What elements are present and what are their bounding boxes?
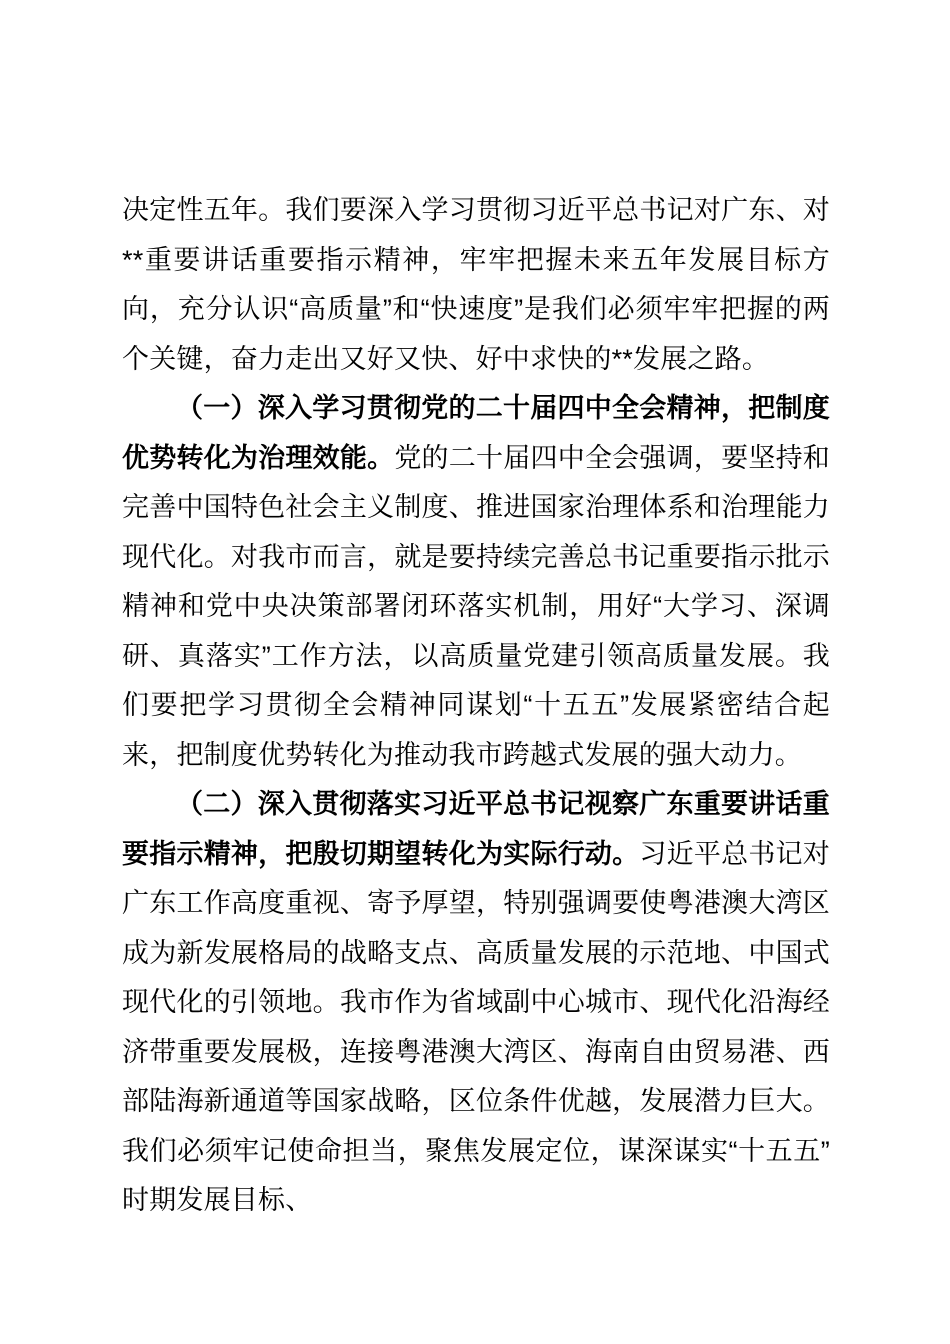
paragraph-continuation: 决定性五年。我们要深入学习贯彻习近平总书记对广东、对**重要讲话重要指示精神，牢… <box>122 186 830 384</box>
paragraph-text: 决定性五年。我们要深入学习贯彻习近平总书记对广东、对**重要讲话重要指示精神，牢… <box>122 195 830 374</box>
paragraph-text: 党的二十届四中全会强调，要坚持和完善中国特色社会主义制度、推进国家治理体系和治理… <box>122 443 830 770</box>
page-canvas: 决定性五年。我们要深入学习贯彻习近平总书记对广东、对**重要讲话重要指示精神，牢… <box>0 0 950 1344</box>
paragraph-text: 习近平总书记对广东工作高度重视、寄予厚望，特别强调要使粤港澳大湾区成为新发展格局… <box>122 839 830 1216</box>
document-text-block: 决定性五年。我们要深入学习贯彻习近平总书记对广东、对**重要讲话重要指示精神，牢… <box>122 186 830 1226</box>
paragraph-section-1: （一）深入学习贯彻党的二十届四中全会精神，把制度优势转化为治理效能。党的二十届四… <box>122 384 830 780</box>
document-page: { "document": { "kind": "official-docume… <box>0 0 950 1344</box>
paragraph-section-2: （二）深入贯彻落实习近平总书记视察广东重要讲话重要指示精神，把殷切期望转化为实际… <box>122 780 830 1226</box>
